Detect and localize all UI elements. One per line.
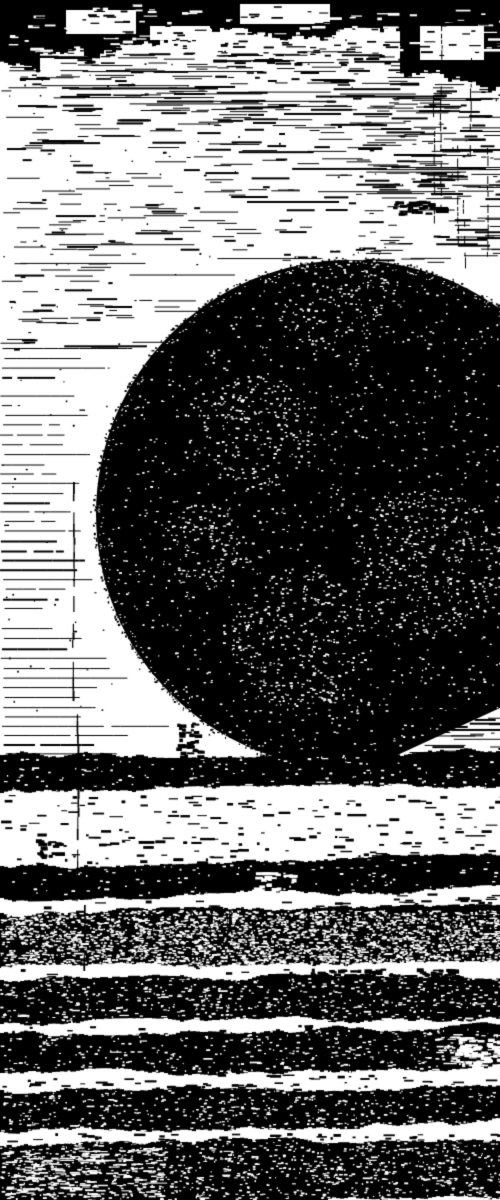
- grunge-print-artwork: [0, 0, 500, 1200]
- artwork-canvas: [0, 0, 500, 1200]
